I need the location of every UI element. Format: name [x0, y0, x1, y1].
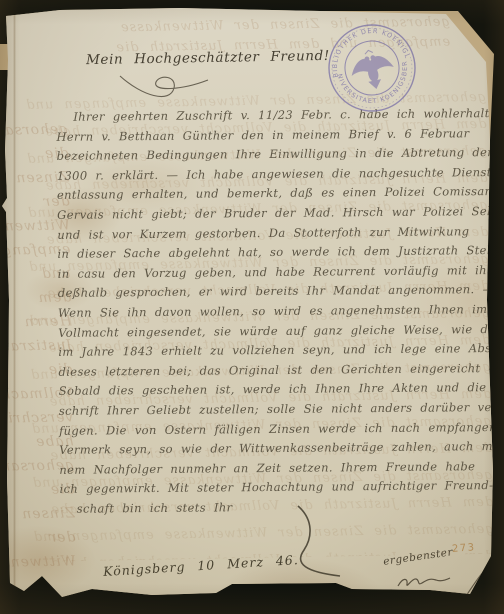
fold-crease	[13, 0, 16, 614]
eagle-icon	[348, 46, 397, 93]
letter-paper: gehorsamst die Zinsen der Wittwenkasse e…	[0, 0, 504, 614]
library-stamp: BIBLIOTHEK DER KOENIGL. UNIVERSITAET KOE…	[313, 9, 432, 128]
salutation-flourish	[112, 66, 262, 108]
scanned-letter-page: gehorsamst die Zinsen der Wittwenkasse e…	[0, 0, 504, 614]
letter-body: Ihrer geehrten Zuschrift v. 11/23 Febr. …	[56, 104, 480, 519]
signature-flourish	[392, 560, 497, 600]
folio-number: 273	[452, 542, 476, 555]
closing-flourish	[278, 498, 368, 593]
